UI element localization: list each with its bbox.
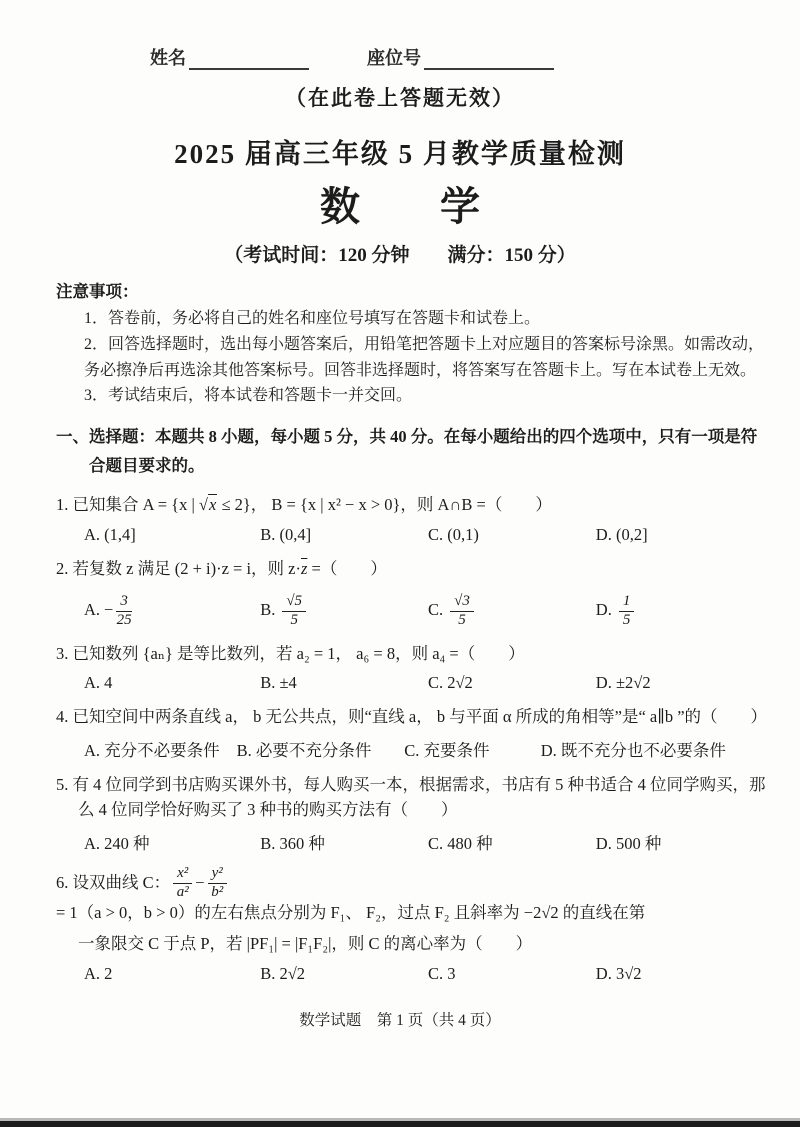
fraction-denominator: 25 <box>116 612 132 630</box>
exam-time-score-info: （考试时间：120 分钟 满分：150 分） <box>0 240 800 267</box>
seat-blank-line <box>424 48 554 70</box>
fraction: 325 <box>116 593 132 629</box>
question-3-stem: 3. 已知数列 {aₙ} 是等比数列，若 a₂ = 1， a₆ = 8，则 a₄… <box>56 641 772 667</box>
q5-option-c: C. 480 种 <box>428 830 596 854</box>
fraction-numerator: 3 <box>116 593 132 612</box>
question-5-options: A. 240 种 B. 360 种 C. 480 种 D. 500 种 <box>56 830 772 854</box>
question-4: 4. 已知空间中两条直线 a， b 无公共点，则“直线 a， b 与平面 α 所… <box>56 704 772 761</box>
question-5: 5. 有 4 位同学到书店购买课外书，每人购买一本，根据需求，书店有 5 种书适… <box>56 772 772 854</box>
fraction: √55 <box>282 593 306 629</box>
question-3-options: A. 4 B. ±4 C. 2√2 D. ±2√2 <box>56 673 772 693</box>
invalid-answer-notice: （在此卷上答题无效） <box>0 82 800 112</box>
q6-seg2: = 1（a > 0，b > 0）的左右焦点分别为 F₁、 F₂，过点 F₂ 且斜… <box>56 901 645 926</box>
q6-option-d: D. 3√2 <box>596 964 772 984</box>
radicand: x <box>208 494 217 514</box>
radical-sign: √ <box>199 495 208 514</box>
q5-option-b: B. 360 种 <box>260 830 428 854</box>
name-seat-row: 姓名 座位号 <box>0 0 800 70</box>
fraction-numerator: √3 <box>450 593 474 612</box>
q3-option-d: D. ±2√2 <box>596 673 772 693</box>
q5-option-d: D. 500 种 <box>596 830 772 854</box>
q5-option-a: A. 240 种 <box>84 830 260 854</box>
question-1-options: A. (1,4] B. (0,4] C. (0,1) D. (0,2] <box>56 525 772 545</box>
exam-title: 2025 届高三年级 5 月教学质量检测 <box>0 132 800 171</box>
choice-section-heading: 一、选择题：本题共 8 小题，每小题 5 分，共 40 分。在每小题给出的四个选… <box>56 423 770 481</box>
question-6-stem-line2: 一象限交 C 于点 P，若 |PF₁| = |F₁F₂|，则 C 的离心率为（ … <box>78 932 772 957</box>
q1-stem-post: ≤ 2}， B = {x | x² − x > 0}，则 A∩B =（ ） <box>217 495 552 514</box>
question-4-stem: 4. 已知空间中两条直线 a， b 无公共点，则“直线 a， b 与平面 α 所… <box>56 704 772 730</box>
note-item-3: 3．考试结束后，将本试卷和答题卡一并交回。 <box>84 383 766 409</box>
question-5-stem: 5. 有 4 位同学到书店购买课外书，每人购买一本，根据需求，书店有 5 种书适… <box>56 772 772 823</box>
fraction-denominator: a² <box>173 884 192 902</box>
q3-option-a: A. 4 <box>84 673 260 693</box>
q1-option-d: D. (0,2] <box>596 525 772 545</box>
q6-option-b: B. 2√2 <box>260 964 428 984</box>
fraction-denominator: 5 <box>282 612 306 630</box>
notes-section: 注意事项： 1．答卷前，务必将自己的姓名和座位号填写在答题卡和试卷上。 2．回答… <box>56 279 766 409</box>
question-4-options: A. 充分不必要条件 B. 必要不充分条件 C. 充要条件 D. 既不充分也不必… <box>56 737 772 761</box>
question-3: 3. 已知数列 {aₙ} 是等比数列，若 a₂ = 1， a₆ = 8，则 a₄… <box>56 641 772 694</box>
note-item-2: 2．回答选择题时，选出每小题答案后，用铅笔把答题卡上对应题目的答案标号涂黑。如需… <box>84 332 766 384</box>
minus-sign: − <box>104 600 113 619</box>
q2-option-c-label: C. <box>428 600 443 619</box>
q2-option-c: C.√35 <box>428 593 596 629</box>
q6-seg1: 6. 设双曲线 C： <box>56 871 170 896</box>
q1-option-c: C. (0,1) <box>428 525 596 545</box>
seat-label: 座位号 <box>367 44 421 70</box>
q2-stem-pre: 2. 若复数 z 满足 (2 + i)·z = i，则 z· <box>56 559 301 578</box>
exam-paper-page: 姓名 座位号 （在此卷上答题无效） 2025 届高三年级 5 月教学质量检测 数… <box>0 0 800 1127</box>
fraction-numerator: y² <box>208 865 227 884</box>
minus-sign: − <box>195 871 204 896</box>
q4-option-c: C. 充要条件 <box>404 737 540 761</box>
scan-bottom-edge <box>0 1118 800 1127</box>
fraction: y²b² <box>208 865 227 901</box>
question-2-options: A.−325 B.√55 C.√35 D.15 <box>56 593 772 629</box>
q1-option-b: B. (0,4] <box>260 525 428 545</box>
q1-stem-pre: 1. 已知集合 A = {x | <box>56 495 199 514</box>
fraction: √35 <box>450 593 474 629</box>
name-blank-line <box>189 48 309 70</box>
q4-option-a: A. 充分不必要条件 <box>84 737 237 761</box>
q3-option-b: B. ±4 <box>260 673 428 693</box>
q2-option-a: A.−325 <box>84 593 260 629</box>
fraction-numerator: x² <box>173 865 192 884</box>
q6-option-a: A. 2 <box>84 964 260 984</box>
q6-option-c: C. 3 <box>428 964 596 984</box>
fraction-numerator: √5 <box>282 593 306 612</box>
notes-heading: 注意事项： <box>56 279 766 306</box>
fraction-denominator: 5 <box>619 612 635 630</box>
q2-option-b: B.√55 <box>260 593 428 629</box>
question-6-options: A. 2 B. 2√2 C. 3 D. 3√2 <box>56 964 772 984</box>
note-item-1: 1．答卷前，务必将自己的姓名和座位号填写在答题卡和试卷上。 <box>84 306 766 332</box>
q3-option-c: C. 2√2 <box>428 673 596 693</box>
question-1: 1. 已知集合 A = {x | √x ≤ 2}， B = {x | x² − … <box>56 492 772 545</box>
fraction: 15 <box>619 593 635 629</box>
q2-stem-post: =（ ） <box>307 559 386 578</box>
q2-option-d-label: D. <box>596 600 612 619</box>
subject-title: 数 学 <box>0 175 800 232</box>
q4-option-b: B. 必要不充分条件 <box>237 737 405 761</box>
q1-option-a: A. (1,4] <box>84 525 260 545</box>
q2-option-b-label: B. <box>260 600 275 619</box>
fraction: x²a² <box>173 865 192 901</box>
page-footer: 数学试题 第 1 页（共 4 页） <box>0 1008 800 1030</box>
question-6: 6. 设双曲线 C： x²a² − y²b² = 1（a > 0，b > 0）的… <box>56 865 772 984</box>
fraction-denominator: b² <box>208 884 227 902</box>
question-2-stem: 2. 若复数 z 满足 (2 + i)·z = i，则 z·z =（ ） <box>56 556 772 582</box>
q2-option-d: D.15 <box>596 593 772 629</box>
fraction-numerator: 1 <box>619 593 635 612</box>
question-2: 2. 若复数 z 满足 (2 + i)·z = i，则 z·z =（ ） A.−… <box>56 556 772 630</box>
name-label: 姓名 <box>150 44 186 70</box>
q2-option-a-label: A. <box>84 600 100 619</box>
fraction-denominator: 5 <box>450 612 474 630</box>
question-6-stem-line1: 6. 设双曲线 C： x²a² − y²b² = 1（a > 0，b > 0）的… <box>56 865 772 926</box>
question-1-stem: 1. 已知集合 A = {x | √x ≤ 2}， B = {x | x² − … <box>56 492 772 518</box>
q4-option-d: D. 既不充分也不必要条件 <box>541 737 772 761</box>
